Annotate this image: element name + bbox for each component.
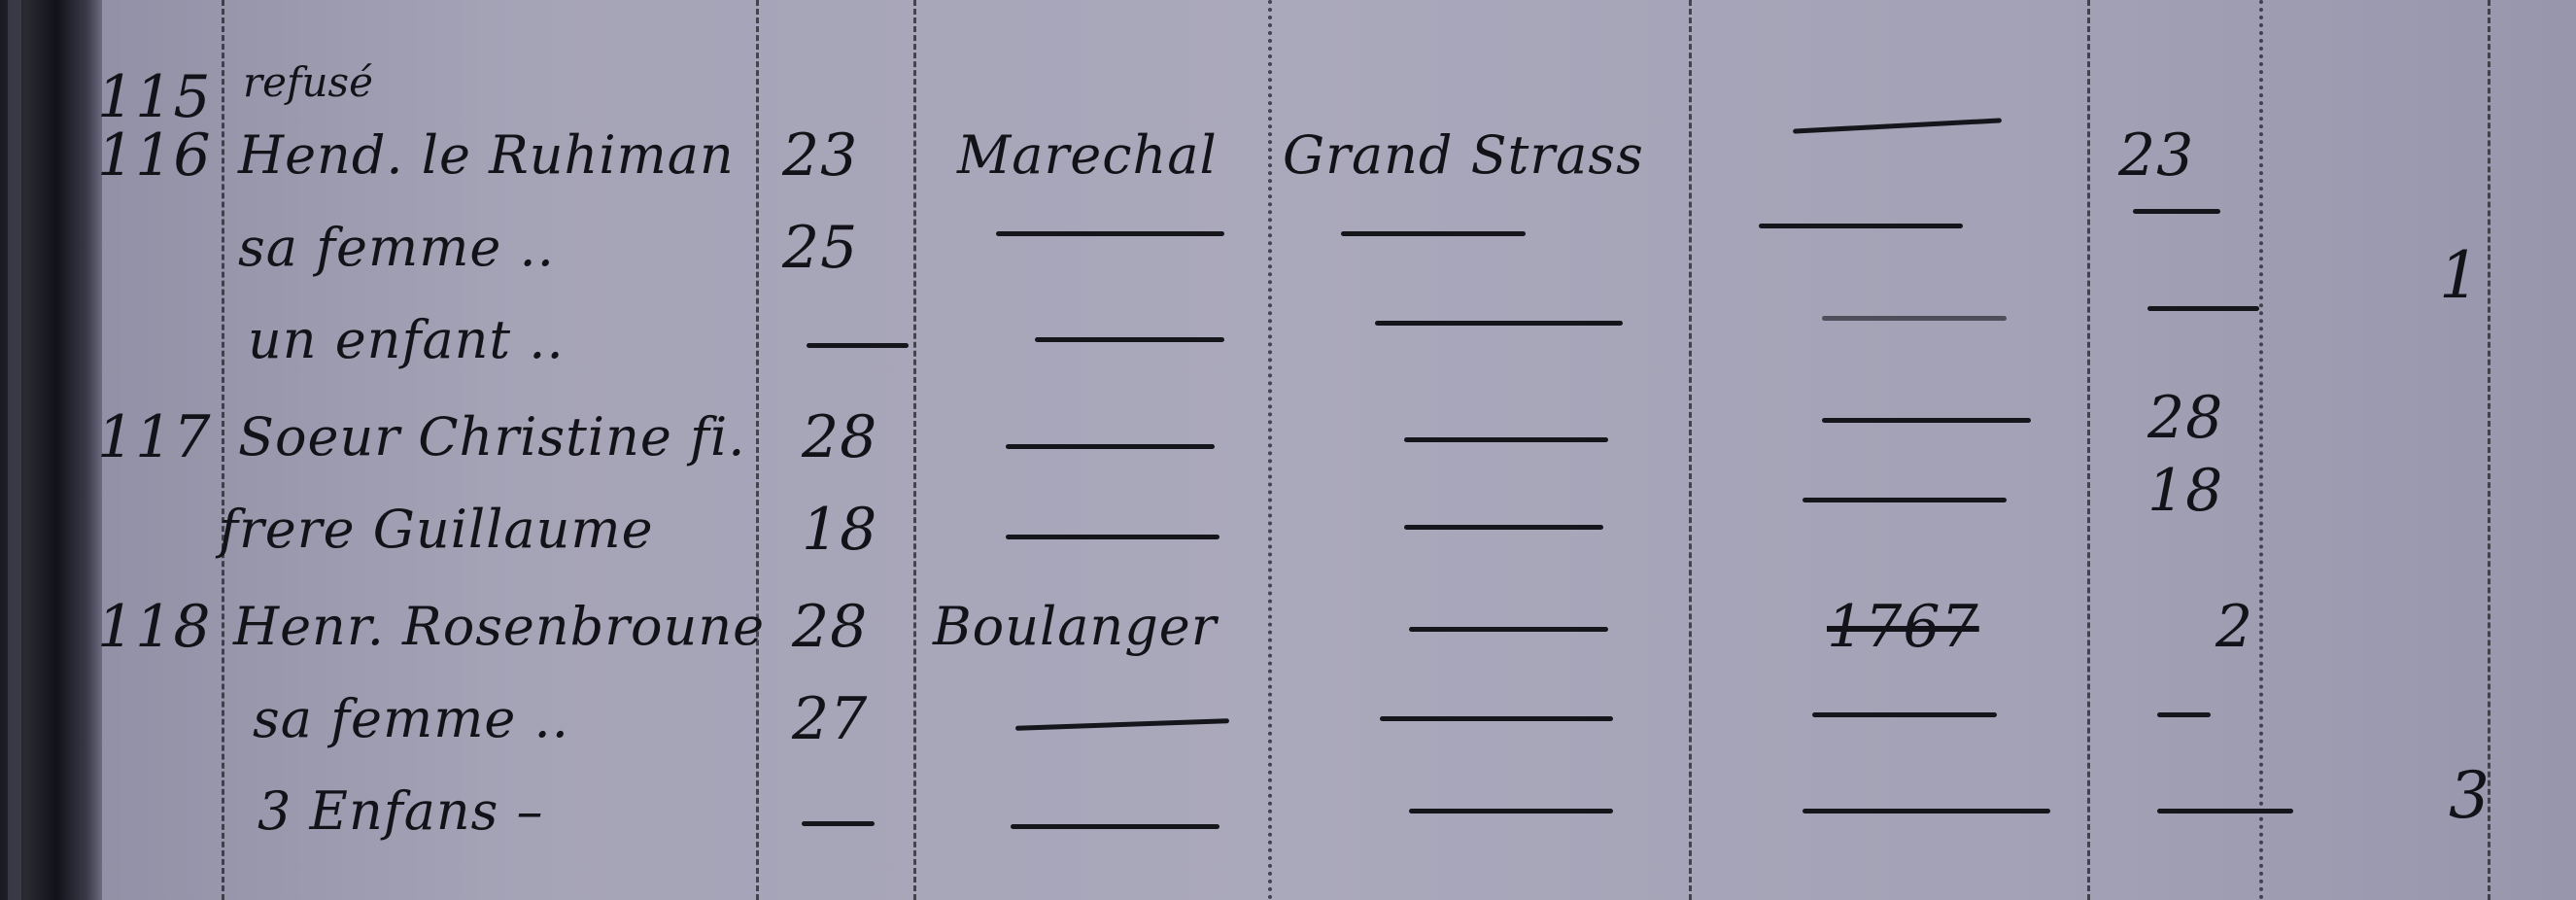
table-row: 116 Hend. le Ruhiman 23 Marechal Grand S… bbox=[0, 112, 2576, 199]
blank-dash bbox=[807, 343, 909, 348]
person-name: sa femme .. bbox=[238, 204, 555, 292]
person-name: Hend. le Ruhiman bbox=[238, 112, 735, 199]
blank-dash bbox=[2133, 209, 2220, 214]
age: 28 bbox=[802, 394, 877, 481]
blank-dash bbox=[1380, 716, 1613, 721]
blank-dash bbox=[2157, 809, 2293, 813]
table-row: un enfant .. 1 bbox=[0, 296, 2576, 384]
age-repeat: 18 bbox=[2147, 447, 2223, 535]
blank-dash bbox=[2147, 306, 2259, 311]
entry-number: 116 bbox=[97, 112, 212, 199]
blank-dash bbox=[1822, 418, 2031, 423]
table-row: frere Guillaume 18 18 bbox=[0, 486, 2576, 573]
blank-dash bbox=[1812, 712, 1997, 717]
blank-dash bbox=[1035, 337, 1224, 342]
table-row: 3 Enfans – 3 bbox=[0, 768, 2576, 855]
age-repeat: 23 bbox=[2118, 112, 2194, 199]
blank-dash bbox=[1341, 231, 1526, 236]
person-name: frere Guillaume bbox=[219, 486, 654, 573]
blank-dash bbox=[1006, 444, 1215, 449]
person-name: un enfant .. bbox=[248, 296, 565, 384]
person-name: Henr. Rosenbroune bbox=[233, 583, 765, 671]
profession: Boulanger bbox=[933, 583, 1218, 671]
age: 27 bbox=[792, 675, 868, 763]
household-count: 3 bbox=[2449, 758, 2490, 833]
blank-dash bbox=[1011, 824, 1219, 829]
household-count: 1 bbox=[2439, 238, 2480, 313]
blank-dash bbox=[1803, 498, 2007, 502]
age: 23 bbox=[782, 112, 858, 199]
person-name: sa femme .. bbox=[253, 675, 569, 763]
entry-number: 117 bbox=[97, 394, 212, 481]
blank-dash bbox=[1006, 535, 1219, 539]
blank-dash bbox=[802, 821, 875, 826]
age: 18 bbox=[802, 486, 877, 573]
blank-dash bbox=[1803, 809, 2050, 813]
table-row: sa femme .. 27 bbox=[0, 675, 2576, 763]
person-name: 3 Enfans – bbox=[258, 768, 544, 855]
profession: Marechal bbox=[957, 112, 1218, 199]
origin: Grand Strass bbox=[1283, 112, 1644, 199]
blank-dash bbox=[1404, 437, 1608, 442]
blank-dash bbox=[1409, 627, 1608, 632]
blank-dash bbox=[1822, 316, 2007, 321]
blank-dash bbox=[1793, 118, 2002, 133]
blank-dash bbox=[2157, 712, 2211, 717]
entry-number: 118 bbox=[97, 583, 212, 671]
blank-dash bbox=[996, 231, 1224, 236]
age: 28 bbox=[792, 583, 868, 671]
blank-dash bbox=[1409, 809, 1613, 813]
table-row: sa femme .. 25 bbox=[0, 204, 2576, 292]
blank-dash bbox=[1015, 718, 1229, 731]
blank-dash bbox=[1375, 321, 1623, 326]
person-name: Soeur Christine fi. bbox=[238, 394, 745, 481]
age: 25 bbox=[782, 204, 858, 292]
table-row: 118 Henr. Rosenbroune 28 Boulanger 1767 … bbox=[0, 583, 2576, 671]
age-repeat: 2 bbox=[2215, 583, 2253, 671]
blank-dash bbox=[1404, 525, 1603, 530]
blank-dash bbox=[1759, 224, 1963, 228]
year-struck: 1767 bbox=[1827, 583, 1979, 671]
